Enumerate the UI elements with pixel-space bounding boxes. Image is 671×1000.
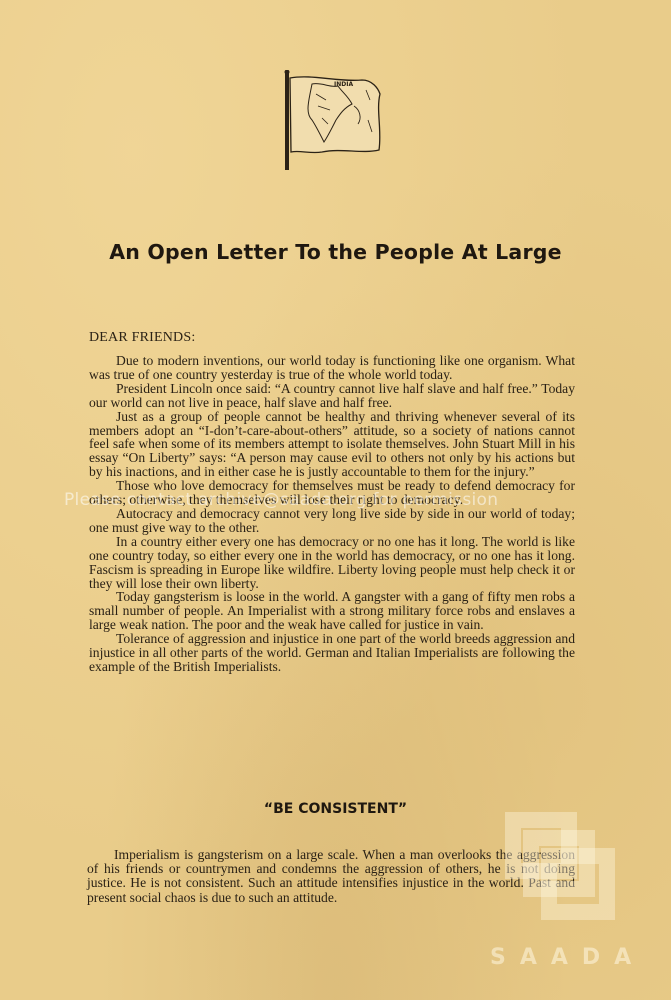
paragraph: In a country either every one has democr…: [89, 535, 575, 591]
paragraph: Just as a group of people cannot be heal…: [89, 410, 575, 480]
india-flag-icon: INDIA: [282, 70, 386, 172]
paragraph: Imperialism is gangsterism on a large sc…: [87, 848, 575, 905]
svg-text:INDIA: INDIA: [334, 81, 353, 88]
salutation: DEAR FRIENDS:: [89, 330, 195, 346]
paragraph: Today gangsterism is loose in the world.…: [89, 590, 575, 632]
paragraph: Tolerance of aggression and injustice in…: [89, 632, 575, 674]
paragraph: Those who love democracy for themselves …: [89, 479, 575, 507]
paragraph: President Lincoln once said: “A country …: [89, 382, 575, 410]
section-heading: “BE CONSISTENT”: [0, 801, 671, 817]
page-title: An Open Letter To the People At Large: [0, 240, 671, 264]
paragraph: Due to modern inventions, our world toda…: [89, 354, 575, 382]
saada-logo-text: SAADA: [490, 945, 660, 970]
section-body: Imperialism is gangsterism on a large sc…: [87, 848, 575, 905]
paragraph: Autocracy and democracy cannot very long…: [89, 507, 575, 535]
letter-body: Due to modern inventions, our world toda…: [89, 354, 575, 674]
